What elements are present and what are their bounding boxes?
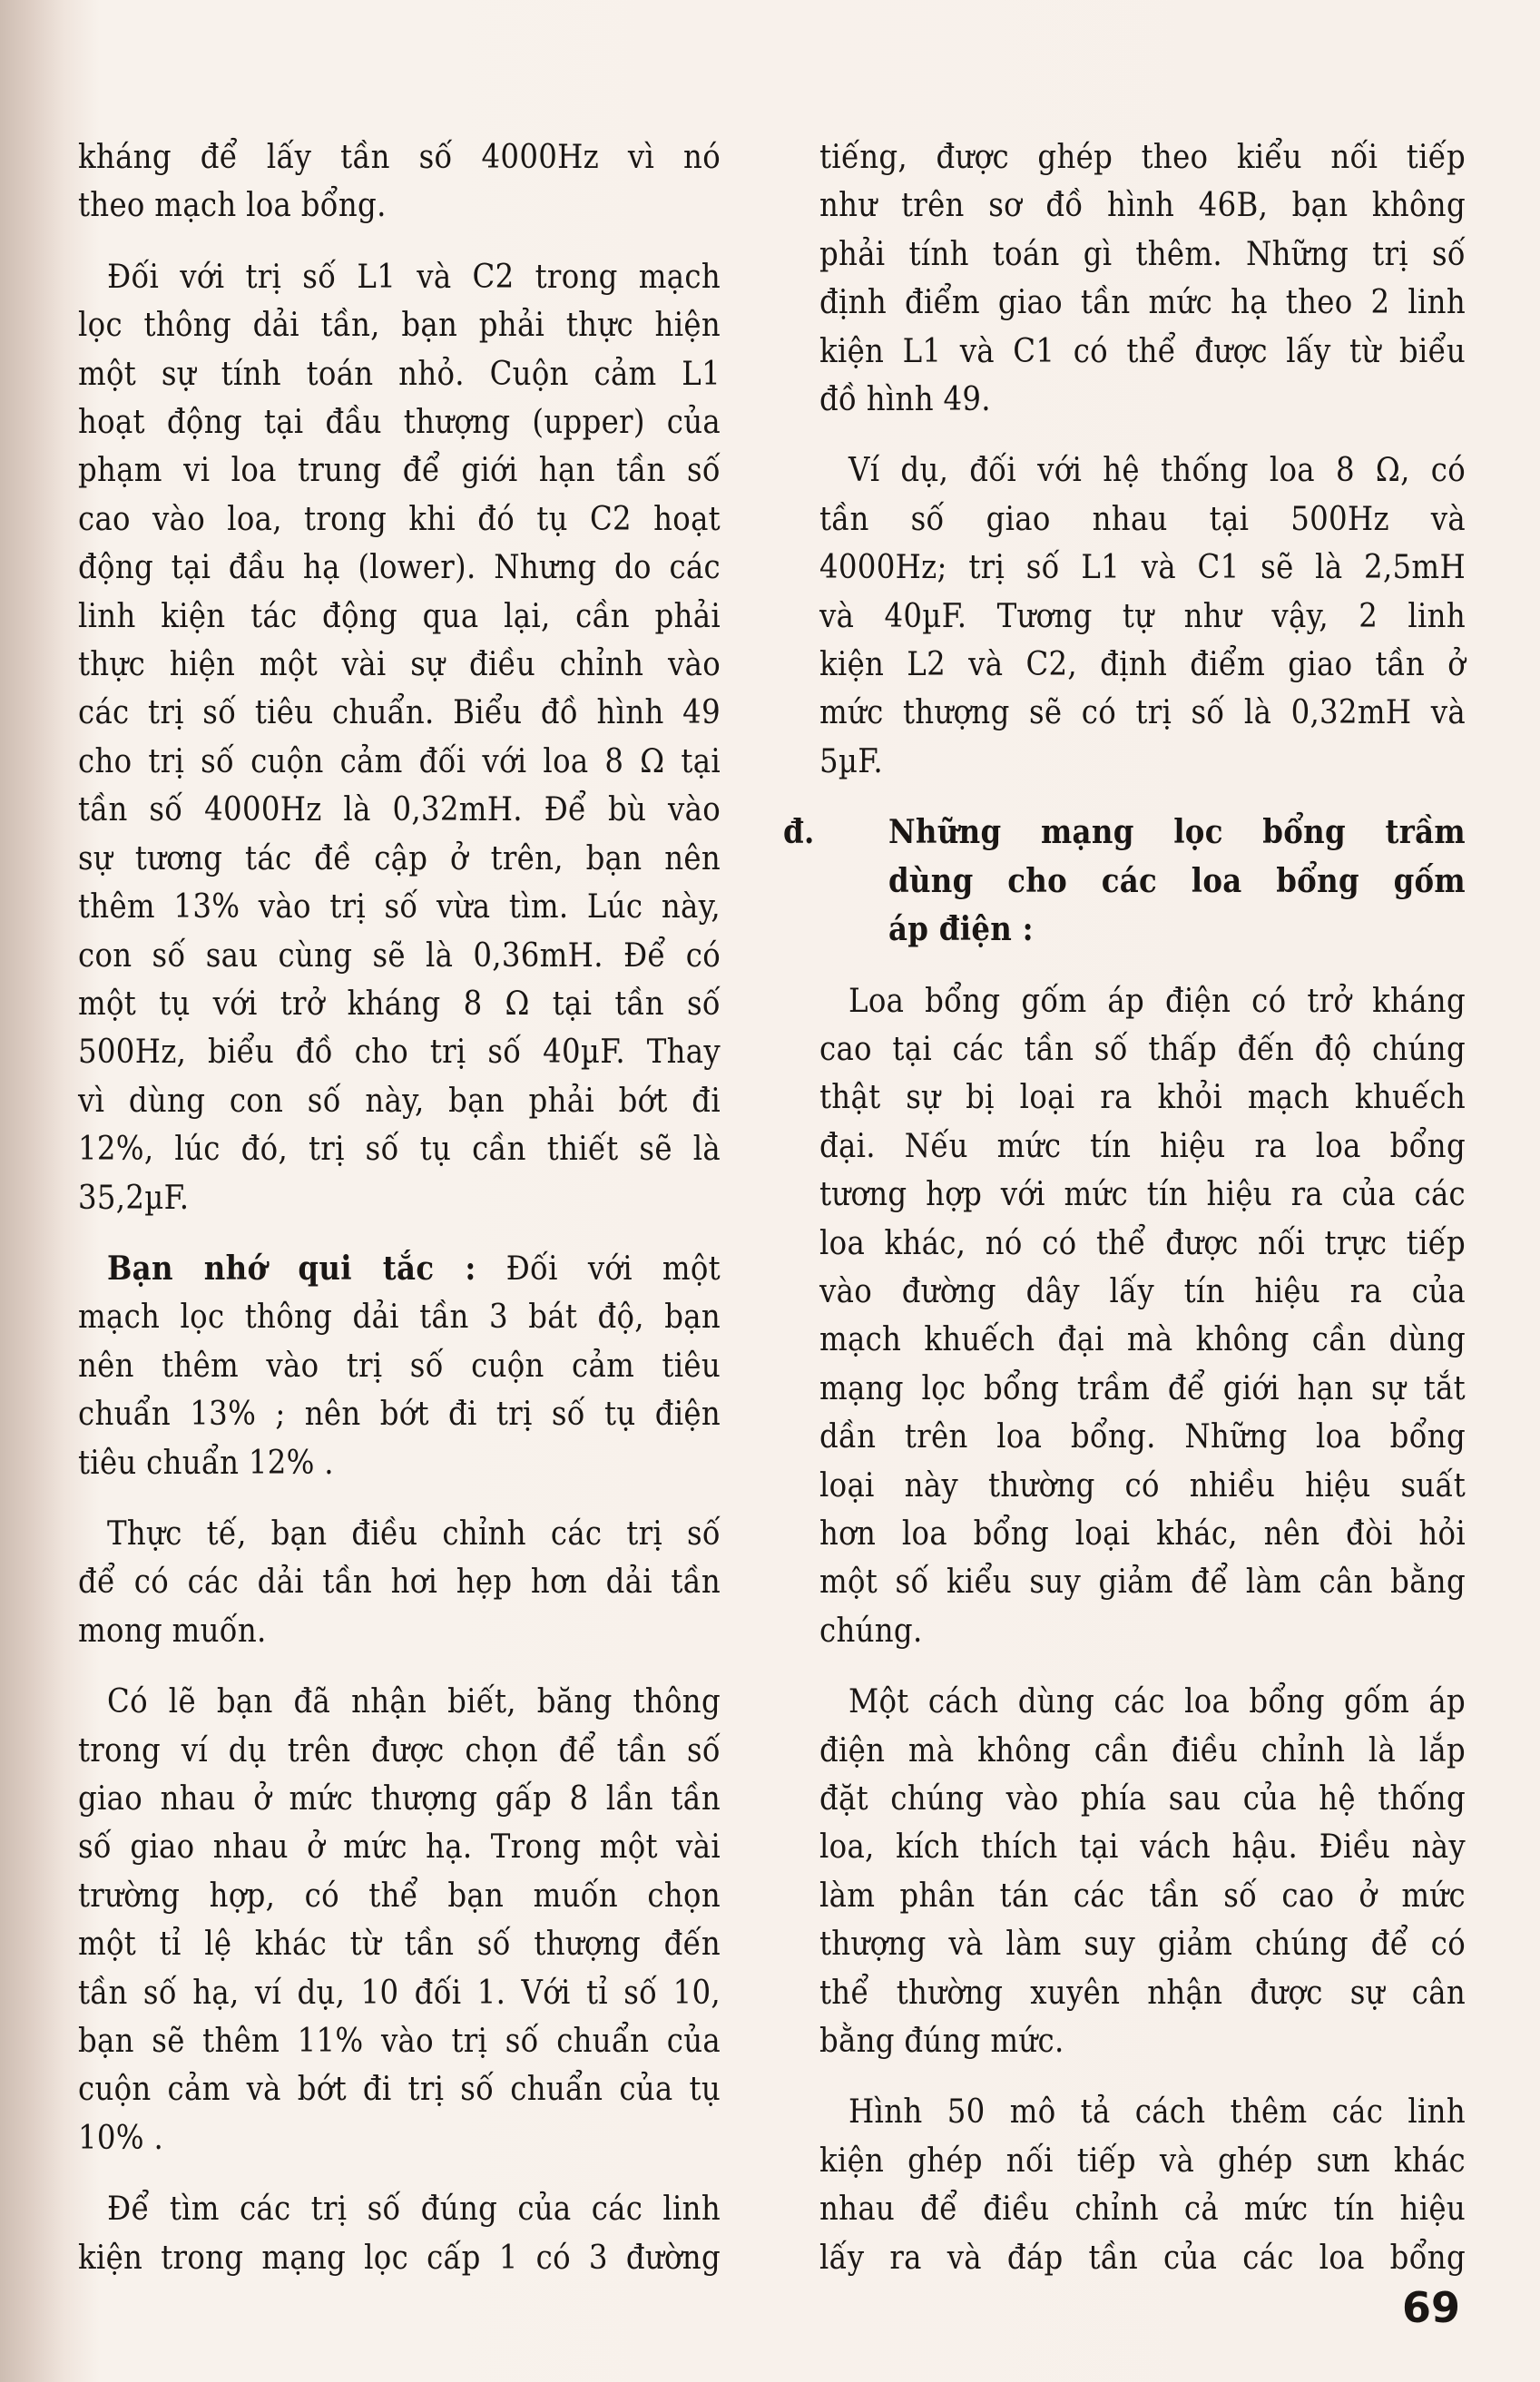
- text-line: mong muốn.: [78, 1607, 721, 1655]
- text-line: loại này thường có nhiều hiệu suất: [819, 1462, 1466, 1510]
- text-line: cao tại các tần số thấp đến độ chúng: [819, 1025, 1466, 1073]
- text-line: Hình 50 mô tả cách thêm các linh: [819, 2088, 1466, 2136]
- text-line: hơn loa bổng loại khác, nên đòi hỏi: [819, 1510, 1466, 1558]
- text-line: linh kiện tác động qua lại, cần phải: [78, 593, 721, 641]
- text-line: trường hợp, có thể bạn muốn chọn: [78, 1872, 721, 1920]
- text-line: trong ví dụ trên được chọn để tần số: [78, 1727, 721, 1775]
- paragraph-rear-mounting: Một cách dùng các loa bổng gốm áp điện m…: [819, 1678, 1466, 2065]
- text-line: giao nhau ở mức thượng gấp 8 lần tần: [78, 1775, 721, 1823]
- text-line: thượng và làm suy giảm chúng để có: [819, 1920, 1466, 1968]
- text-line: số giao nhau ở mức hạ. Trong một vài: [78, 1823, 721, 1871]
- text-line: tương hợp với mức tín hiệu ra của các: [819, 1171, 1466, 1219]
- heading-text: Những mạng lọc bổng trầm: [888, 813, 1466, 851]
- text-line: tiếng, được ghép theo kiểu nối tiếp: [819, 133, 1466, 181]
- text-line: cuộn cảm và bớt đi trị số chuẩn của tụ: [78, 2065, 721, 2113]
- text-line: bạn sẽ thêm 11% vào trị số chuẩn của: [78, 2017, 721, 2065]
- text-line: 12%, lúc đó, trị số tụ cần thiết sẽ là: [78, 1125, 721, 1173]
- text-line: Để tìm các trị số đúng của các linh: [78, 2185, 721, 2233]
- text-line: lấy ra và đáp tần của các loa bổng: [819, 2234, 1466, 2282]
- text-line: nhau để điều chỉnh cả mức tín hiệu: [819, 2185, 1466, 2233]
- rule-label: Bạn nhớ qui tắc :: [107, 1250, 476, 1288]
- text-line: 500Hz, biểu đồ cho trị số 40µF. Thay: [78, 1028, 721, 1076]
- text-line: Thực tế, bạn điều chỉnh các trị số: [78, 1510, 721, 1558]
- text-line: đặt chúng vào phía sau của hệ thống: [819, 1775, 1466, 1823]
- paragraph-piezo-tweeters: Loa bổng gốm áp điện có trở kháng cao tạ…: [819, 977, 1466, 1656]
- text-line: làm phân tán các tần số cao ở mức: [819, 1872, 1466, 1920]
- book-page: kháng để lấy tần số 4000Hz vì nó theo mạ…: [0, 0, 1540, 2382]
- text-line: theo mạch loa bổng.: [78, 181, 721, 230]
- text-line: thể thường xuyên nhận được sự cân: [819, 1969, 1466, 2017]
- text-line: đồ hình 49.: [819, 376, 1466, 424]
- text-line: định điểm giao tần mức hạ theo 2 linh: [819, 279, 1466, 327]
- text-line: các trị số tiêu chuẩn. Biểu đồ hình 49: [78, 689, 721, 737]
- text-line: thật sự bị loại ra khỏi mạch khuếch: [819, 1073, 1466, 1122]
- text-line: hoạt động tại đầu thượng (upper) của: [78, 398, 721, 446]
- paragraph-example-8-ohm: Ví dụ, đối với hệ thống loa 8 Ω, có tần …: [819, 446, 1466, 786]
- text-line: chúng.: [819, 1607, 1466, 1655]
- text-line: để có các dải tần hơi hẹp hơn dải tần: [78, 1558, 721, 1606]
- text-line: kiện L1 và C1 có thể được lấy từ biểu: [819, 328, 1466, 376]
- text-line: động tại đầu hạ (lower). Nhưng do các: [78, 544, 721, 592]
- text-line: cao vào loa, trong khi đó tụ C2 hoạt: [78, 495, 721, 544]
- text-line: dần trên loa bổng. Những loa bổng: [819, 1413, 1466, 1461]
- right-text-column: tiếng, được ghép theo kiểu nối tiếp như …: [819, 133, 1466, 2305]
- text-line: một tụ với trở kháng 8 Ω tại tần số: [78, 980, 721, 1028]
- text-line: Một cách dùng các loa bổng gốm áp: [819, 1678, 1466, 1726]
- page-number: 69: [1402, 2283, 1460, 2332]
- text-line: bằng đúng mức.: [819, 2017, 1466, 2065]
- heading-line: dùng cho các loa bổng gốm: [907, 858, 1466, 906]
- text-line: 10% .: [78, 2114, 721, 2162]
- text-line: Bạn nhớ qui tắc : Đối với một: [78, 1245, 721, 1293]
- text-line: 35,2µF.: [78, 1174, 721, 1222]
- text-line: Loa bổng gốm áp điện có trở kháng: [819, 977, 1466, 1025]
- text-line: đại. Nếu mức tín hiệu ra loa bổng: [819, 1122, 1466, 1171]
- paragraph-l1-c2-calculation: Đối với trị số L1 và C2 trong mạch lọc t…: [78, 253, 721, 1222]
- text-line: nên thêm vào trị số cuộn cảm tiêu: [78, 1342, 721, 1390]
- text-line: kiện trong mạng lọc cấp 1 có 3 đường: [78, 2234, 721, 2282]
- text-line: con số sau cùng sẽ là 0,36mH. Để có: [78, 932, 721, 980]
- text-line: Ví dụ, đối với hệ thống loa 8 Ω, có: [819, 446, 1466, 495]
- text-line: 5µF.: [819, 738, 1466, 786]
- text-line: một số kiểu suy giảm để làm cân bằng: [819, 1558, 1466, 1606]
- text-line: phải tính toán gì thêm. Những trị số: [819, 230, 1466, 279]
- text-line: mạng lọc bổng trầm để giới hạn sự tắt: [819, 1365, 1466, 1413]
- paragraph-rule-reminder: Bạn nhớ qui tắc : Đối với một mạch lọc t…: [78, 1245, 721, 1487]
- text-line: Có lẽ bạn đã nhận biết, băng thông: [78, 1678, 721, 1726]
- text-line: thêm 13% vào trị số vừa tìm. Lúc này,: [78, 883, 721, 931]
- text-line: loa khác, nó có thể được nối trực tiếp: [819, 1220, 1466, 1268]
- paragraph-figure-50: Hình 50 mô tả cách thêm các linh kiện gh…: [819, 2088, 1466, 2282]
- text-line: kiện ghép nối tiếp và ghép sưn khác: [819, 2137, 1466, 2185]
- text-line: một tỉ lệ khác từ tần số thượng đến: [78, 1920, 721, 1968]
- heading-line: áp điện :: [907, 906, 1466, 954]
- paragraph-find-values: Để tìm các trị số đúng của các linh kiện…: [78, 2185, 721, 2282]
- paragraph-in-practice: Thực tế, bạn điều chỉnh các trị số để có…: [78, 1510, 721, 1655]
- text-line: vào đường dây lấy tín hiệu ra của: [819, 1268, 1466, 1316]
- text-line: điện mà không cần điều chỉnh là lắp: [819, 1727, 1466, 1775]
- left-text-column: kháng để lấy tần số 4000Hz vì nó theo mạ…: [78, 133, 721, 2305]
- text-line: Đối với trị số L1 và C2 trong mạch: [78, 253, 721, 301]
- text-line: mạch lọc thông dải tần 3 bát độ, bạn: [78, 1293, 721, 1341]
- paragraph-continuation-right: tiếng, được ghép theo kiểu nối tiếp như …: [819, 133, 1466, 424]
- text-line: cho trị số cuộn cảm đối với loa 8 Ω tại: [78, 738, 721, 786]
- text-line: tần số hạ, ví dụ, 10 đối 1. Với tỉ số 10…: [78, 1969, 721, 2017]
- text-line: tiêu chuẩn 12% .: [78, 1439, 721, 1487]
- heading-line: đ.Những mạng lọc bổng trầm: [907, 809, 1466, 857]
- text-line: sự tương tác đề cập ở trên, bạn nên: [78, 835, 721, 883]
- text-line: một sự tính toán nhỏ. Cuộn cảm L1: [78, 350, 721, 398]
- text-line: kháng để lấy tần số 4000Hz vì nó: [78, 133, 721, 181]
- text-line: mức thượng sẽ có trị số là 0,32mH và: [819, 689, 1466, 737]
- text-line: loa, kích thích tại vách hậu. Điều này: [819, 1823, 1466, 1871]
- text-line: lọc thông dải tần, bạn phải thực hiện: [78, 301, 721, 349]
- text-line: kiện L2 và C2, định điểm giao tần ở: [819, 641, 1466, 689]
- text-line: tần số giao nhau tại 500Hz và: [819, 495, 1466, 544]
- text-line: phạm vi loa trung để giới hạn tần số: [78, 446, 721, 495]
- text-line: như trên sơ đồ hình 46B, bạn không: [819, 181, 1466, 230]
- text-line: 4000Hz; trị số L1 và C1 sẽ là 2,5mH: [819, 544, 1466, 592]
- text-fragment: Đối với một: [476, 1250, 721, 1288]
- text-line: tần số 4000Hz là 0,32mH. Để bù vào: [78, 786, 721, 834]
- text-line: thực hiện một vài sự điều chỉnh vào: [78, 641, 721, 689]
- paragraph-continuation: kháng để lấy tần số 4000Hz vì nó theo mạ…: [78, 133, 721, 230]
- text-line: mạch khuếch đại mà không cần dùng: [819, 1316, 1466, 1364]
- text-line: vì dùng con số này, bạn phải bớt đi: [78, 1077, 721, 1125]
- text-line: chuẩn 13% ; nên bớt đi trị số tụ điện: [78, 1390, 721, 1438]
- text-line: và 40µF. Tương tự như vậy, 2 linh: [819, 593, 1466, 641]
- paragraph-bandwidth-ratio: Có lẽ bạn đã nhận biết, băng thông trong…: [78, 1678, 721, 2162]
- section-heading: đ.Những mạng lọc bổng trầm dùng cho các …: [819, 809, 1466, 954]
